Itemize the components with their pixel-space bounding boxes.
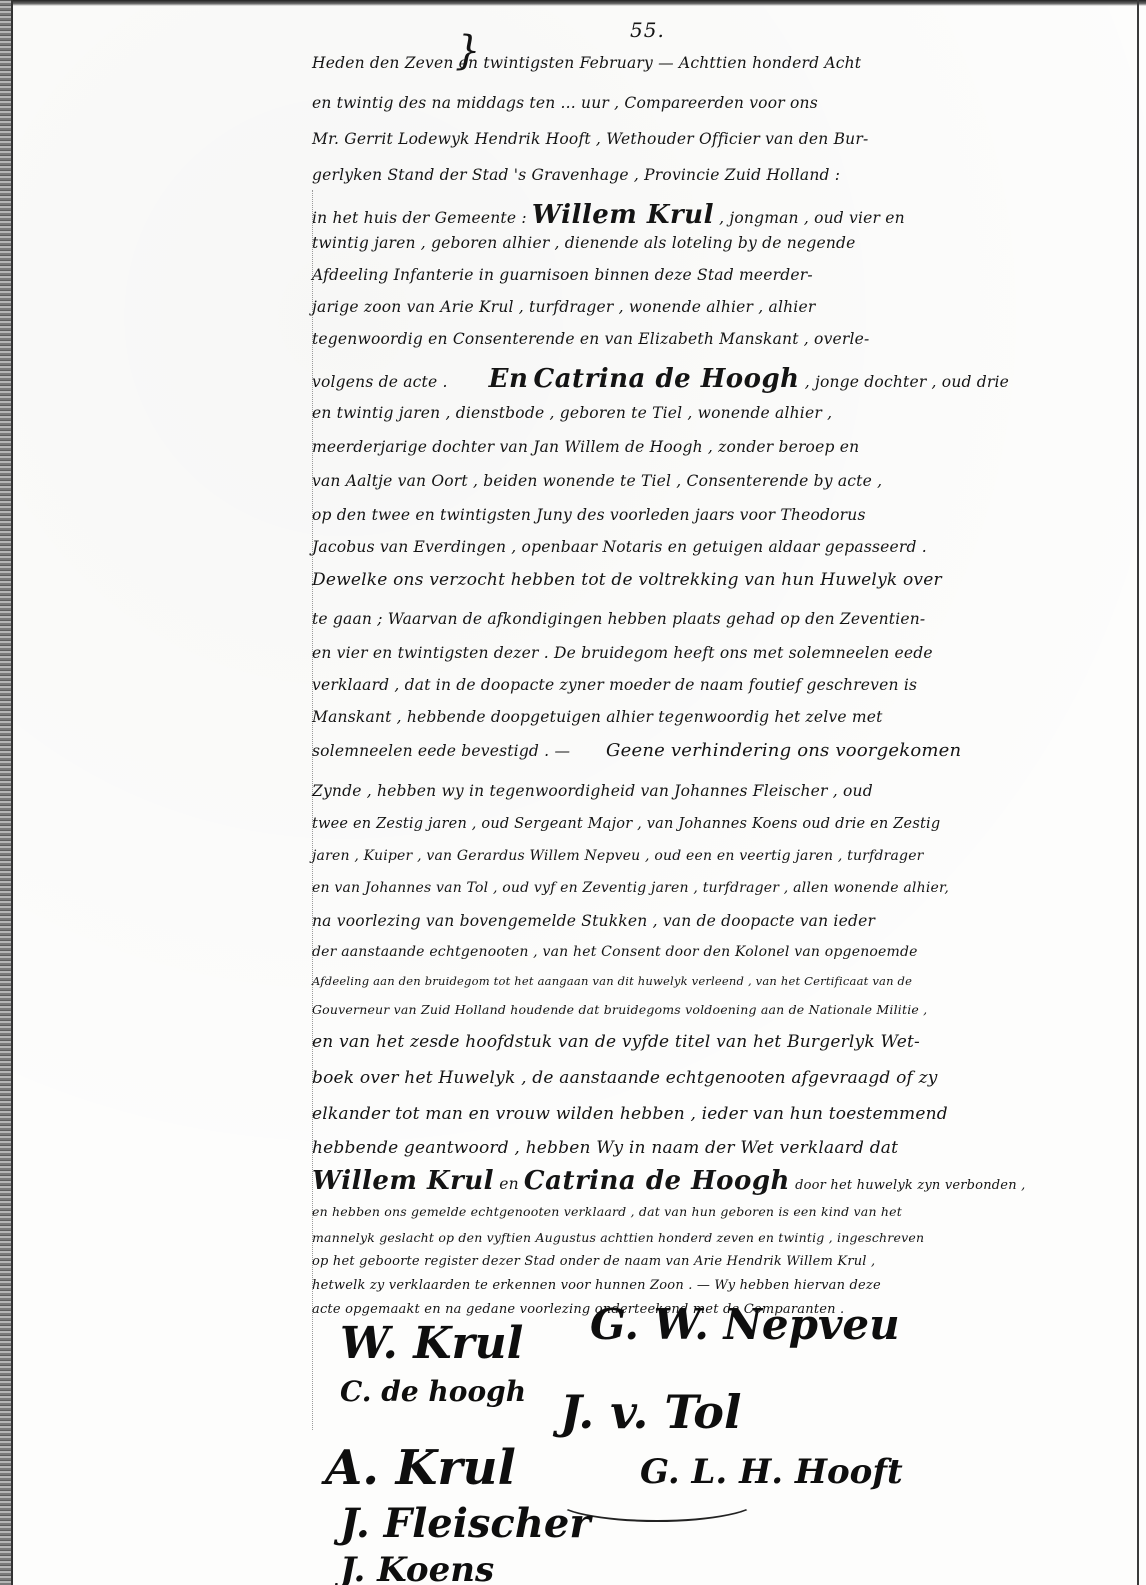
couple-bride-name: Catrina de Hoogh xyxy=(524,1166,790,1196)
text-line: elkander tot man en vrouw wilden hebben … xyxy=(312,1104,948,1124)
text-line: Dewelke ons verzocht hebben tot de voltr… xyxy=(312,570,942,590)
text-line: Heden den Zeven en twintigsten February … xyxy=(312,54,861,72)
text-segment: en xyxy=(499,1175,519,1193)
text-segment: , jonge dochter , oud drie xyxy=(805,373,1009,391)
signature-w-krul: W. Krul xyxy=(340,1318,523,1369)
text-line: en twintig des na middags ten ... uur , … xyxy=(312,94,818,112)
signature-koens: J. Koens xyxy=(340,1550,494,1585)
signature-nepveu: G. W. Nepveu xyxy=(590,1300,900,1349)
text-line-with-groom: in het huis der Gemeente : Willem Krul ,… xyxy=(312,200,905,230)
text-line-with-couple: Willem Krul en Catrina de Hoogh door het… xyxy=(312,1166,1025,1196)
signature-van-tol: J. v. Tol xyxy=(560,1385,741,1439)
bride-name: Catrina de Hoogh xyxy=(534,364,800,394)
text-line: gerlyken Stand der Stad 's Gravenhage , … xyxy=(312,166,840,184)
text-line: meerderjarige dochter van Jan Willem de … xyxy=(312,438,859,456)
signature-de-hoogh: C. de hoogh xyxy=(340,1375,526,1408)
text-segment: solemneelen eede bevestigd . — xyxy=(312,742,570,760)
text-line: jaren , Kuiper , van Gerardus Willem Nep… xyxy=(312,848,924,864)
text-line: verklaard , dat in de doopacte zyner moe… xyxy=(312,676,917,694)
right-page-edge xyxy=(1137,0,1139,1585)
text-line: en van het zesde hoofdstuk van de vyfde … xyxy=(312,1032,920,1052)
text-line: twintig jaren , geboren alhier , dienend… xyxy=(312,234,856,252)
groom-name: Willem Krul xyxy=(532,200,714,230)
text-line: te gaan ; Waarvan de afkondigingen hebbe… xyxy=(312,610,925,628)
text-segment: door het huwelyk zyn verbonden , xyxy=(795,1178,1025,1193)
obstacle-phrase: Geene verhindering ons voorgekomen xyxy=(606,740,961,761)
text-line: Gouverneur van Zuid Holland houdende dat… xyxy=(312,1002,927,1017)
text-line: hetwelk zy verklaarden te erkennen voor … xyxy=(312,1278,881,1293)
text-line: van Aaltje van Oort , beiden wonende te … xyxy=(312,472,882,490)
text-line: en twintig jaren , dienstbode , geboren … xyxy=(312,404,832,422)
text-segment: volgens de acte . xyxy=(312,373,448,391)
text-line: op den twee en twintigsten Juny des voor… xyxy=(312,506,866,524)
text-line: mannelyk geslacht op den vyftien Augustu… xyxy=(312,1230,924,1245)
signature-fleischer: J. Fleischer xyxy=(340,1500,590,1547)
text-segment: in het huis der Gemeente : xyxy=(312,209,527,227)
text-line-with-obstacle-phrase: solemneelen eede bevestigd . — Geene ver… xyxy=(312,740,961,761)
text-line: boek over het Huwelyk , de aanstaande ec… xyxy=(312,1068,938,1088)
text-line: hebbende geantwoord , hebben Wy in naam … xyxy=(312,1138,898,1158)
text-line: Afdeeling aan den bruidegom tot het aang… xyxy=(312,974,912,988)
signature-a-krul: A. Krul xyxy=(325,1440,516,1496)
text-line: Manskant , hebbende doopgetuigen alhier … xyxy=(312,708,883,726)
text-line: en vier en twintigsten dezer . De bruide… xyxy=(312,644,933,662)
top-scan-edge xyxy=(0,0,1146,6)
bride-prefix: En xyxy=(489,364,529,394)
binding-edge-line xyxy=(11,0,13,1585)
page-number: 55. xyxy=(630,18,665,42)
text-line: jarige zoon van Arie Krul , turfdrager ,… xyxy=(312,298,815,316)
document-page: 55. } Heden den Zeven en twintigsten Feb… xyxy=(0,0,1146,1585)
text-line: twee en Zestig jaren , oud Sergeant Majo… xyxy=(312,816,940,832)
text-line: Afdeeling Infanterie in guarnisoen binne… xyxy=(312,266,813,284)
text-line: na voorlezing van bovengemelde Stukken ,… xyxy=(312,912,875,930)
text-line: tegenwoordig en Consenterende en van Eli… xyxy=(312,330,869,348)
text-line: op het geboorte register dezer Stad onde… xyxy=(312,1254,875,1269)
text-line: der aanstaande echtgenooten , van het Co… xyxy=(312,944,918,960)
text-segment: , jongman , oud vier en xyxy=(719,209,905,227)
couple-groom-name: Willem Krul xyxy=(312,1166,494,1196)
text-line: Mr. Gerrit Lodewyk Hendrik Hooft , Wetho… xyxy=(312,130,868,148)
text-line: Jacobus van Everdingen , openbaar Notari… xyxy=(312,538,927,556)
text-line: en van Johannes van Tol , oud vyf en Zev… xyxy=(312,880,949,896)
text-line: en hebben ons gemelde echtgenooten verkl… xyxy=(312,1204,902,1219)
text-line: Zynde , hebben wy in tegenwoordigheid va… xyxy=(312,782,873,800)
text-line-with-bride: volgens de acte . En Catrina de Hoogh , … xyxy=(312,364,1009,394)
